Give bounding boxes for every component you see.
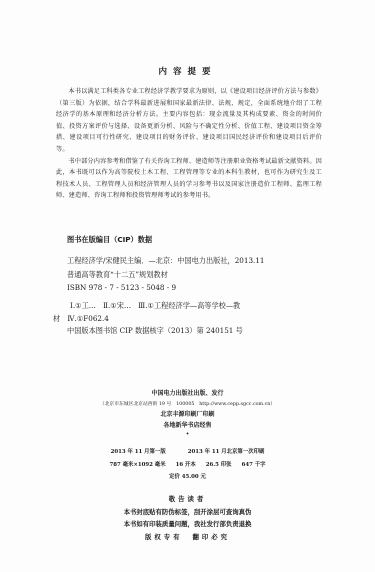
cip-data-block: 工程经济学/宋健民主编．—北京：中国电力出版社，2013.11 普通高等教育“十… xyxy=(67,254,337,326)
publisher-address: （北京市东城区北京站西街 19 号 100005 http://www.cepp… xyxy=(0,400,375,411)
reader-notice: 敬告读者 本书封底贴有防伪标签，刮开涂层可查询真伪 本书如有印装质量问题，我社发… xyxy=(0,493,375,543)
separator-dot: • xyxy=(0,431,375,439)
printed-sheets: 26.5 印张 xyxy=(206,462,232,468)
piracy-warning: 翻印必究 xyxy=(193,533,231,541)
notice-line-returns: 本书如有印装质量问题，我社发行部负责退换 xyxy=(0,518,375,531)
rights-reserved: 版权专有 xyxy=(145,533,183,541)
copyright-page: 内容提要 本书以满足工科类各专业工程经济学教学要求为原则，以《建设项目经济评价方… xyxy=(0,0,375,572)
cip-isbn: ISBN 978 - 7 - 5123 - 5048 - 9 xyxy=(67,281,337,295)
imprint-block: 中国电力出版社出版、发行 （北京市东城区北京站西街 19 号 100005 ht… xyxy=(0,389,375,439)
edition-line: 2013 年 11 月第一版2013 年 11 月北京第一次印刷 xyxy=(0,446,375,459)
word-count: 647 千字 xyxy=(242,462,266,468)
abstract-title: 内容提要 xyxy=(0,65,375,77)
abstract-body: 本书以满足工科类各专业工程经济学教学要求为原则，以《建设项目经济评价方法与参数》… xyxy=(56,86,322,202)
notice-title: 敬告读者 xyxy=(0,493,375,506)
cip-heading: 图书在版编目（CIP）数据 xyxy=(67,235,152,245)
notice-line-anticounterfeit: 本书封底贴有防伪标签，刮开涂层可查询真伪 xyxy=(0,506,375,519)
cip-record-number: 中国版本图书馆 CIP 数据核字（2013）第 240151 号 xyxy=(67,326,243,336)
format-line: 787 毫米×1092 毫米16 开本26.5 印张647 千字 xyxy=(0,459,375,472)
folio: 16 开本 xyxy=(176,462,196,468)
cip-classification-line-2: 材 Ⅳ.①F062.4 xyxy=(53,312,337,326)
rights-line: 版权专有翻印必究 xyxy=(0,531,375,544)
distributor-line: 各地新华书店经售 xyxy=(0,421,375,432)
printer-line: 北京丰源印刷厂印刷 xyxy=(0,410,375,421)
price: 定价 45.00 元 xyxy=(0,471,375,484)
cip-classification-line-1: Ⅰ.①工… Ⅱ.①宋… Ⅲ.①工程经济学—高等学校—教 xyxy=(67,299,337,313)
publisher-line: 中国电力出版社出版、发行 xyxy=(0,389,375,400)
cip-title-line: 工程经济学/宋健民主编．—北京：中国电力出版社，2013.11 xyxy=(67,254,337,268)
first-edition: 2013 年 11 月第一版 xyxy=(111,449,166,455)
abstract-paragraph: 本书以满足工科类各专业工程经济学教学要求为原则，以《建设项目经济评价方法与参数》… xyxy=(56,86,322,156)
paper-format: 787 毫米×1092 毫米 xyxy=(110,462,166,468)
edition-block: 2013 年 11 月第一版2013 年 11 月北京第一次印刷 787 毫米×… xyxy=(0,446,375,484)
first-printing: 2013 年 11 月北京第一次印刷 xyxy=(188,449,265,455)
cip-series-line: 普通高等教育“十二五”规划教材 xyxy=(67,268,337,282)
abstract-paragraph: 书中部分内容参考和借鉴了有关咨询工程师、建造师等注册职业资格考试最新文献资料。因… xyxy=(56,156,322,202)
